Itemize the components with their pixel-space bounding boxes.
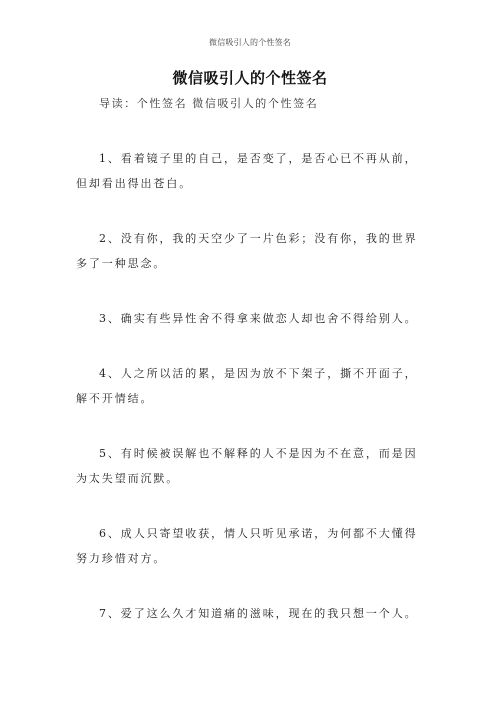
list-item: 1、看着镜子里的自己，是否变了，是否心已不再从前，但却看出得出苍白。 [76, 146, 426, 196]
list-item: 7、爱了这么久才知道痛的滋味，现在的我只想一个人。 [76, 601, 426, 626]
list-item: 3、确实有些异性舍不得拿来做恋人却也舍不得给别人。 [76, 306, 426, 331]
list-item: 2、没有你，我的天空少了一片色彩；没有你，我的世界多了一种思念。 [76, 226, 426, 276]
intro-line: 导读：个性签名 微信吸引人的个性签名 [99, 95, 318, 111]
document-title: 微信吸引人的个性签名 [0, 67, 500, 88]
list-item: 5、有时候被误解也不解释的人不是因为不在意，而是因为太失望而沉默。 [76, 441, 426, 491]
document-page: 微信吸引人的个性签名 微信吸引人的个性签名 导读：个性签名 微信吸引人的个性签名… [0, 0, 500, 707]
signature-list: 1、看着镜子里的自己，是否变了，是否心已不再从前，但却看出得出苍白。 2、没有你… [76, 146, 426, 656]
list-item: 4、人之所以活的累，是因为放不下架子，撕不开面子，解不开情结。 [76, 361, 426, 411]
running-header: 微信吸引人的个性签名 [0, 37, 500, 48]
list-item: 6、成人只寄望收获，情人只听见承诺，为何都不大懂得努力珍惜对方。 [76, 521, 426, 571]
